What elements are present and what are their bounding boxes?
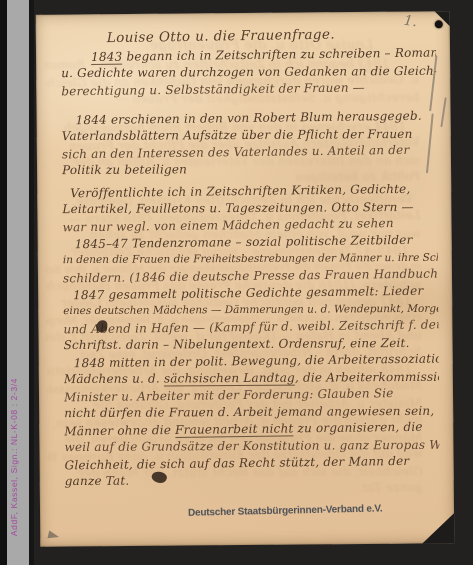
archive-signature-label: AddF, Kassel, Sign.: NL-K-08 : 2-3/4 — [9, 378, 19, 536]
manuscript-paragraph: Veröffentlichte ich in Zeitschriften Kri… — [62, 181, 437, 235]
manuscript-paragraph: 1843 begann ich in Zeitschriften zu schr… — [61, 45, 436, 99]
organization-stamp: Deutscher Staatsbürgerinnen-Verband e.V. — [188, 503, 383, 518]
pencil-arrow-mark — [47, 531, 60, 541]
manuscript-paragraph: 1847 gesammelt politische Gedichte gesam… — [63, 283, 439, 354]
handwriting-line: ganze Tat. — [65, 471, 440, 490]
manuscript-paragraph: 1844 erschienen in den von Robert Blum h… — [62, 108, 438, 179]
manuscript-text: Louise Otto u. die Frauenfrage. 1843 beg… — [36, 11, 454, 491]
manuscript-paragraph: 1845–47 Tendenzromane – sozial politisch… — [63, 232, 438, 286]
manuscript-paragraph: 1848 mitten in der polit. Bewegung, die … — [64, 351, 440, 490]
archive-signature-strip: AddF, Kassel, Sign.: NL-K-08 : 2-3/4 — [0, 355, 29, 560]
folded-corner-bottom-right — [421, 512, 454, 544]
manuscript-title: Louise Otto u. die Frauenfrage. — [61, 25, 436, 47]
manuscript-page: 1. Louise Otto u. die Frauenfrage. 1843 … — [36, 11, 455, 547]
handwriting-line: berechtigung u. Selbstständigkeit der Fr… — [61, 79, 436, 101]
handwriting-line: Politik zu beteiligen — [62, 160, 437, 179]
scanned-document-photo: AddF, Kassel, Sign.: NL-K-08 : 2-3/4 1. … — [0, 0, 473, 565]
